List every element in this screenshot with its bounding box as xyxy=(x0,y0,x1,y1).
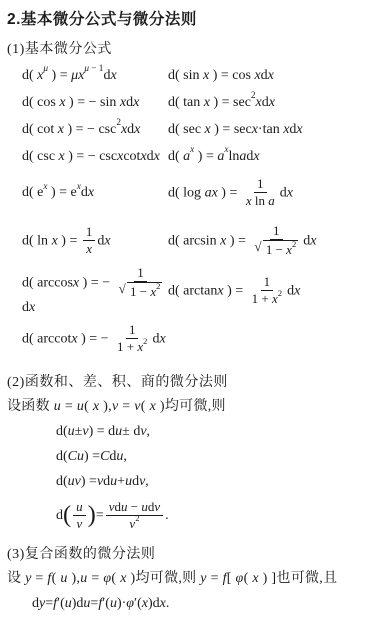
formula-row: d( cos x ) = − sin xdx d( tan x ) = sec2… xyxy=(6,89,369,116)
formula-arctan: d( arctanx ) = 11 + x2dx xyxy=(168,275,369,308)
rule-chain: dy = f′( u )du = f′( u )·φ′( x )dx. xyxy=(6,591,369,616)
section3-intro: 设 y = f( u ),u = φ( x )均可微,则 y = f[ φ( x… xyxy=(7,567,369,587)
rule-sum-difference: d( u ± v ) = du ± dv, xyxy=(6,419,369,444)
formula-sec: d( sec x ) = secx·tan xdx xyxy=(168,122,369,138)
formula-tan: d( tan x ) = sec2xdx xyxy=(168,95,369,111)
formula-arccot: d( arccotx ) = − 11 + x2dx xyxy=(22,323,168,356)
rule-product: d( uv ) = vdu + udv, xyxy=(6,469,369,494)
rule-constant-multiple: d( Cu ) = Cdu, xyxy=(6,444,369,469)
formula-row: d( xμ ) = μxμ − 1dx d( sin x ) = cos xdx xyxy=(6,62,369,89)
page-title: 2.基本微分公式与微分法则 xyxy=(7,7,369,29)
formula-list: d( xμ ) = μxμ − 1dx d( sin x ) = cos xdx… xyxy=(6,62,369,362)
textbook-page: 2.基本微分公式与微分法则 (1)基本微分公式 d( xμ ) = μxμ − … xyxy=(0,0,375,628)
formula-cos: d( cos x ) = − sin xdx xyxy=(22,95,168,111)
formula-arccos: d( arccosx ) = − 11 − x2dx xyxy=(22,266,168,317)
formula-e-power: d( ex ) = exdx xyxy=(22,185,168,201)
section-basic-formulas: (1)基本微分公式 d( xμ ) = μxμ − 1dx d( sin x )… xyxy=(6,38,369,362)
formula-x-power: d( xμ ) = μxμ − 1dx xyxy=(22,68,168,84)
formula-row: d( ex ) = exdx d( log ax ) = 1x ln adx xyxy=(6,170,369,216)
formula-csc: d( csc x ) = − cscxcotxdx xyxy=(22,149,168,165)
formula-row: d( arccosx ) = − 11 − x2dx d( arctanx ) … xyxy=(6,266,369,316)
formula-row: d( csc x ) = − cscxcotxdx d( ax ) = axln… xyxy=(6,143,369,170)
section2-intro: 设函数 u = u( x ),v = v( x )均可微,则 xyxy=(7,395,369,415)
formula-row: d( cot x ) = − csc2xdx d( sec x ) = secx… xyxy=(6,116,369,143)
section-chain-rule: (3)复合函数的微分法则 设 y = f( u ),u = φ( x )均可微,… xyxy=(6,543,369,616)
formula-a-power: d( ax ) = axlnadx xyxy=(168,149,369,165)
section3-heading: (3)复合函数的微分法则 xyxy=(7,543,369,563)
formula-row: d( arccotx ) = − 11 + x2dx xyxy=(6,316,369,362)
formula-arcsin: d( arcsin x ) = 11 − x2dx xyxy=(168,224,369,259)
formula-row: d( ln x ) = 1xdx d( arcsin x ) = 11 − x2… xyxy=(6,216,369,266)
section2-heading: (2)函数和、差、积、商的微分法则 xyxy=(7,371,369,391)
rule-quotient: d( uv ) = vdu − udvv2. xyxy=(6,494,369,538)
formula-log: d( log ax ) = 1x ln adx xyxy=(168,177,369,210)
formula-cot: d( cot x ) = − csc2xdx xyxy=(22,122,168,138)
section-arithmetic-rules: (2)函数和、差、积、商的微分法则 设函数 u = u( x ),v = v( … xyxy=(6,371,369,538)
formula-ln: d( ln x ) = 1xdx xyxy=(22,225,168,258)
section1-heading: (1)基本微分公式 xyxy=(7,38,369,58)
formula-sin: d( sin x ) = cos xdx xyxy=(168,68,369,84)
